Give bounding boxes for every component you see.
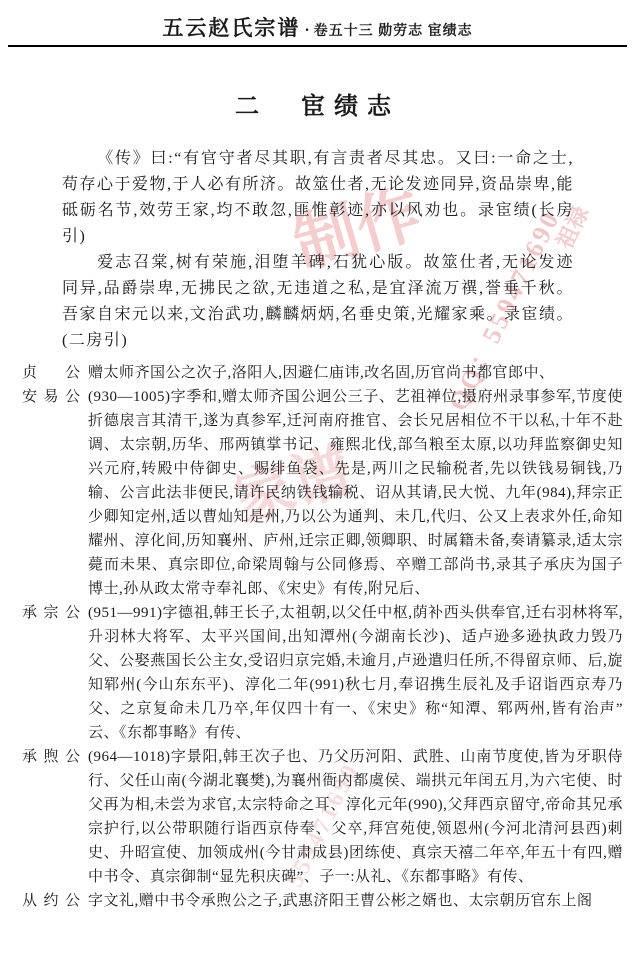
entry-text: (951—991)字德祖,韩王长子,太祖朝,以父任中枢,荫补西头供奉官,迁右羽林… xyxy=(88,601,623,745)
entry-text: (964—1018)字景阳,韩王次子也、乃父历河阳、武胜、山南节度使,皆为牙职侍… xyxy=(88,745,623,889)
preface: 《传》曰:“有官守者尽其职,有言责者尽其忠。又曰:一命之士,苟存心于爱物,于人必… xyxy=(62,146,574,354)
genealogy-page: 制作 家谱 QQ：559471690 559471690 祖禄 五云赵氏宗谱·卷… xyxy=(0,0,635,957)
entry-congyue-gong: 从约公 字文礼,赠中书令承煦公之子,武惠济阳王曹公彬之婿也、太宗朝历官东上阁 xyxy=(22,889,623,913)
entry-name: 安易公 xyxy=(22,385,80,409)
preface-paragraph-1: 《传》曰:“有官守者尽其职,有言责者尽其忠。又曰:一命之士,苟存心于爱物,于人必… xyxy=(62,146,574,250)
entry-name: 承宗公 xyxy=(22,601,80,625)
entries-list: 贞公 赠太师齐国公之次子,洛阳人,因避仁庙讳,改名固,历官尚书都官郎中、 安易公… xyxy=(22,361,623,913)
entry-text: 赠太师齐国公之次子,洛阳人,因避仁庙讳,改名固,历官尚书都官郎中、 xyxy=(88,361,623,385)
entry-name: 从约公 xyxy=(22,889,80,913)
volume-info: 卷五十三 勋劳志 宦绩志 xyxy=(314,24,473,39)
section-title: 二 宦绩志 xyxy=(0,86,635,121)
entry-anyi-gong: 安易公 (930—1005)字季和,赠太师齐国公迥公三子、艺祖禅位,摄府州录事参… xyxy=(22,385,623,601)
running-header: 五云赵氏宗谱·卷五十三 勋劳志 宦绩志 xyxy=(0,12,635,42)
entry-zhen-gong: 贞公 赠太师齐国公之次子,洛阳人,因避仁庙讳,改名固,历官尚书都官郎中、 xyxy=(22,361,623,385)
book-title: 五云赵氏宗谱 xyxy=(162,16,300,40)
entry-chengxu-gong: 承煦公 (964—1018)字景阳,韩王次子也、乃父历河阳、武胜、山南节度使,皆… xyxy=(22,745,623,889)
header-rule xyxy=(8,45,627,47)
header-separator: · xyxy=(304,22,309,39)
entry-text: 字文礼,赠中书令承煦公之子,武惠济阳王曹公彬之婿也、太宗朝历官东上阁 xyxy=(88,889,623,913)
entry-chengzong-gong: 承宗公 (951—991)字德祖,韩王长子,太祖朝,以父任中枢,荫补西头供奉官,… xyxy=(22,601,623,745)
entry-name: 承煦公 xyxy=(22,745,80,769)
entry-text: (930—1005)字季和,赠太师齐国公迥公三子、艺祖禅位,摄府州录事参军,节度… xyxy=(88,385,623,601)
entry-name: 贞公 xyxy=(22,361,80,385)
preface-paragraph-2: 爱志召棠,树有荣施,泪堕羊碑,石犹心版。故筮仕者,无论发迹同异,品爵崇卑,无拂民… xyxy=(62,250,574,354)
